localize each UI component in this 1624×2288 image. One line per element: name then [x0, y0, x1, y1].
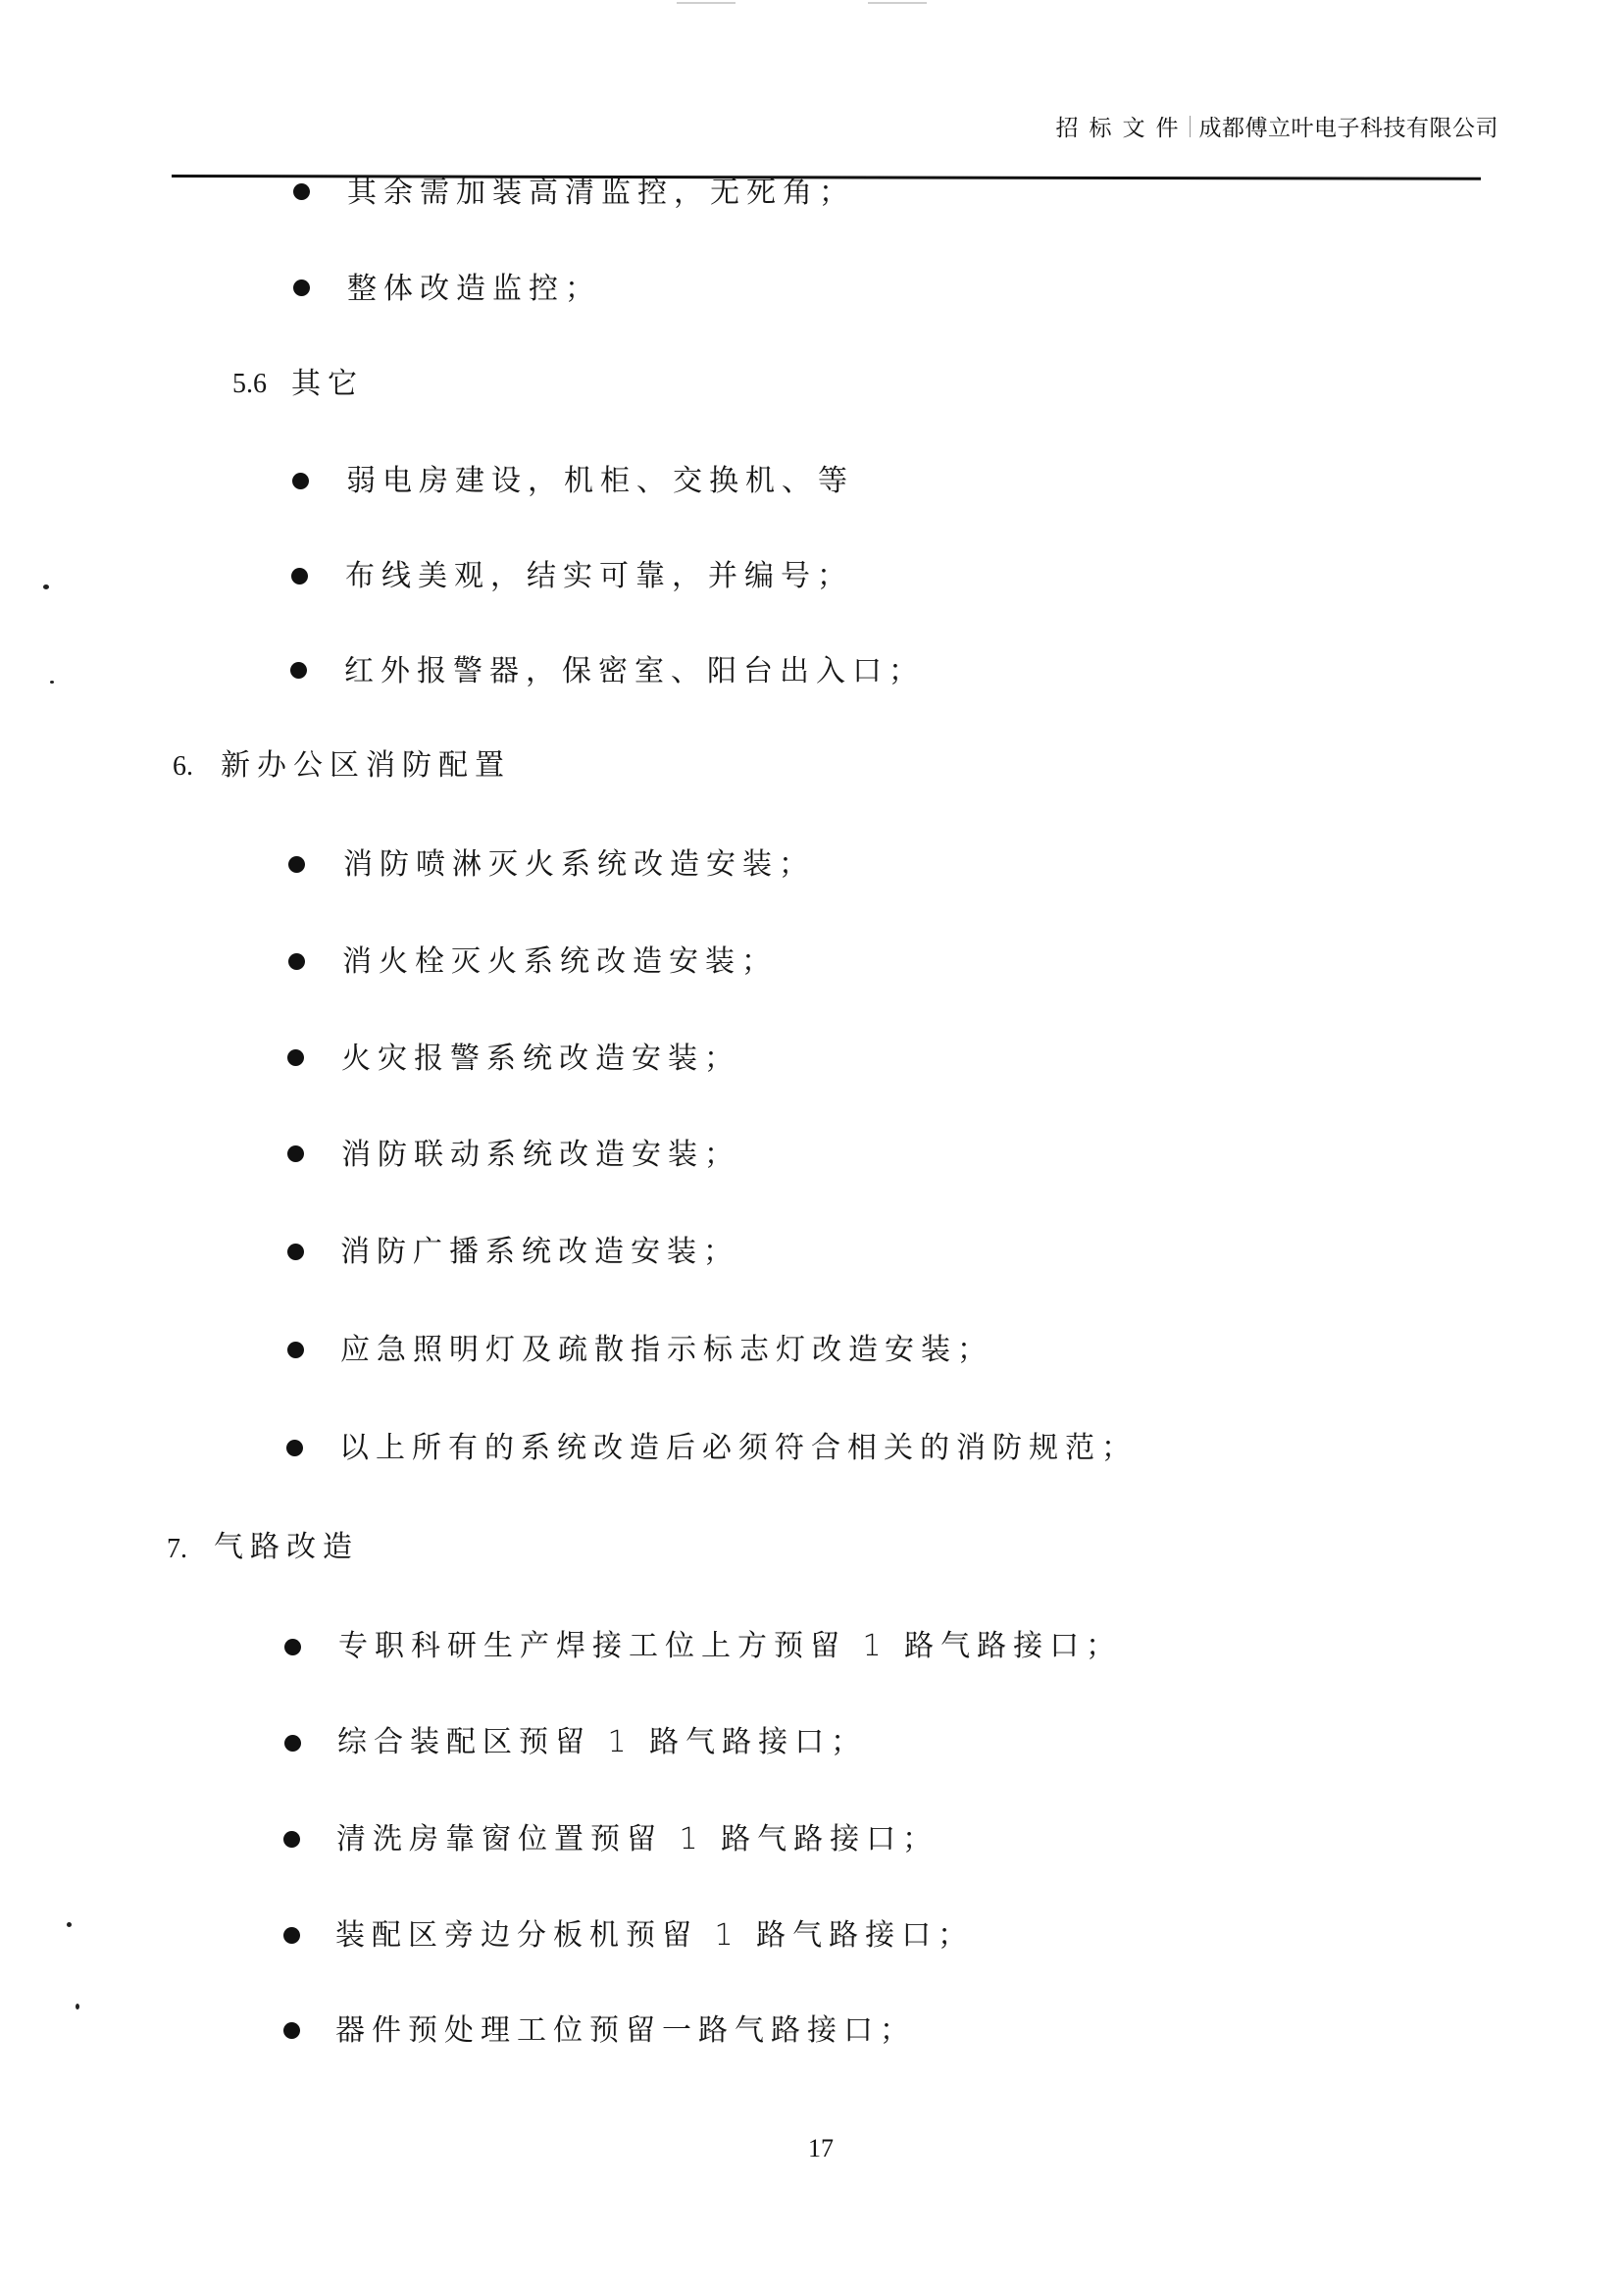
bullet-icon: [293, 183, 310, 200]
header-company: 成都傅立叶电子科技有限公司: [1199, 110, 1499, 142]
page-header: 招标文件 成都傅立叶电子科技有限公司: [1056, 110, 1499, 142]
bullet-icon: [286, 1440, 303, 1456]
list-item: 专职科研生产焊接工位上方预留 1 路气路接口；: [338, 1632, 1122, 1661]
list-item: 布线美观，结实可靠，并编号；: [345, 562, 853, 591]
list-item: 以上所有的系统改造后必须符合相关的消防规范；: [339, 1434, 1138, 1463]
list-item: 消火栓灭火系统改造安装；: [342, 947, 778, 977]
scan-speck: [50, 681, 54, 684]
bullet-icon: [287, 1342, 304, 1358]
scan-speck: [76, 2004, 79, 2009]
page-number: 17: [808, 2134, 834, 2163]
list-item: 消防广播系统改造安装；: [340, 1238, 739, 1267]
bullet-icon: [290, 662, 307, 679]
section-title: 其它: [291, 370, 364, 399]
list-item: 应急照明灯及疏散指示标志灯改造安装；: [340, 1336, 993, 1365]
bullet-icon: [288, 856, 305, 873]
bullet-icon: [283, 2022, 300, 2039]
header-separator: [1190, 116, 1191, 137]
bullet-icon: [284, 1735, 301, 1752]
section-title: 气路改造: [214, 1533, 359, 1562]
scan-artifact: [677, 2, 736, 4]
section-number: 5.6: [232, 371, 267, 398]
list-item: 清洗房靠窗位置预留 1 路气路接口；: [336, 1825, 939, 1855]
list-item: 装配区旁边分板机预留 1 路气路接口；: [335, 1921, 974, 1951]
bullet-icon: [283, 1927, 300, 1944]
scan-speck: [67, 1922, 72, 1927]
list-item: 弱电房建设，机柜、交换机、等: [346, 467, 854, 496]
list-item: 整体改造监控；: [347, 275, 601, 304]
header-doc-type: 招标文件: [1056, 110, 1190, 142]
list-item: 综合装配区预留 1 路气路接口；: [337, 1728, 867, 1757]
bullet-icon: [287, 1145, 304, 1162]
bullet-icon: [287, 1244, 304, 1260]
bullet-icon: [283, 1831, 300, 1848]
section-number: 7.: [167, 1536, 187, 1563]
list-item: 消防喷淋灭火系统改造安装；: [343, 850, 815, 880]
bullet-icon: [284, 1639, 301, 1655]
list-item: 红外报警器，保密室、阳台出入口；: [344, 657, 925, 686]
bullet-icon: [291, 568, 308, 585]
bullet-icon: [288, 953, 305, 970]
bullet-icon: [293, 280, 310, 296]
section-number: 6.: [173, 753, 193, 781]
scan-artifact: [868, 2, 927, 4]
list-item: 火灾报警系统改造安装；: [341, 1044, 740, 1074]
list-item: 器件预处理工位预留一路气路接口；: [335, 2016, 916, 2046]
document-page: 招标文件 成都傅立叶电子科技有限公司 其余需加装高清监控，无死角； 整体改造监控…: [0, 0, 1624, 2288]
scan-speck: [43, 585, 49, 589]
list-item: 消防联动系统改造安装；: [341, 1141, 740, 1170]
list-item: 其余需加装高清监控，无死角；: [347, 178, 855, 208]
bullet-icon: [292, 473, 309, 489]
section-title: 新办公区消防配置: [221, 751, 511, 781]
bullet-icon: [287, 1049, 304, 1066]
